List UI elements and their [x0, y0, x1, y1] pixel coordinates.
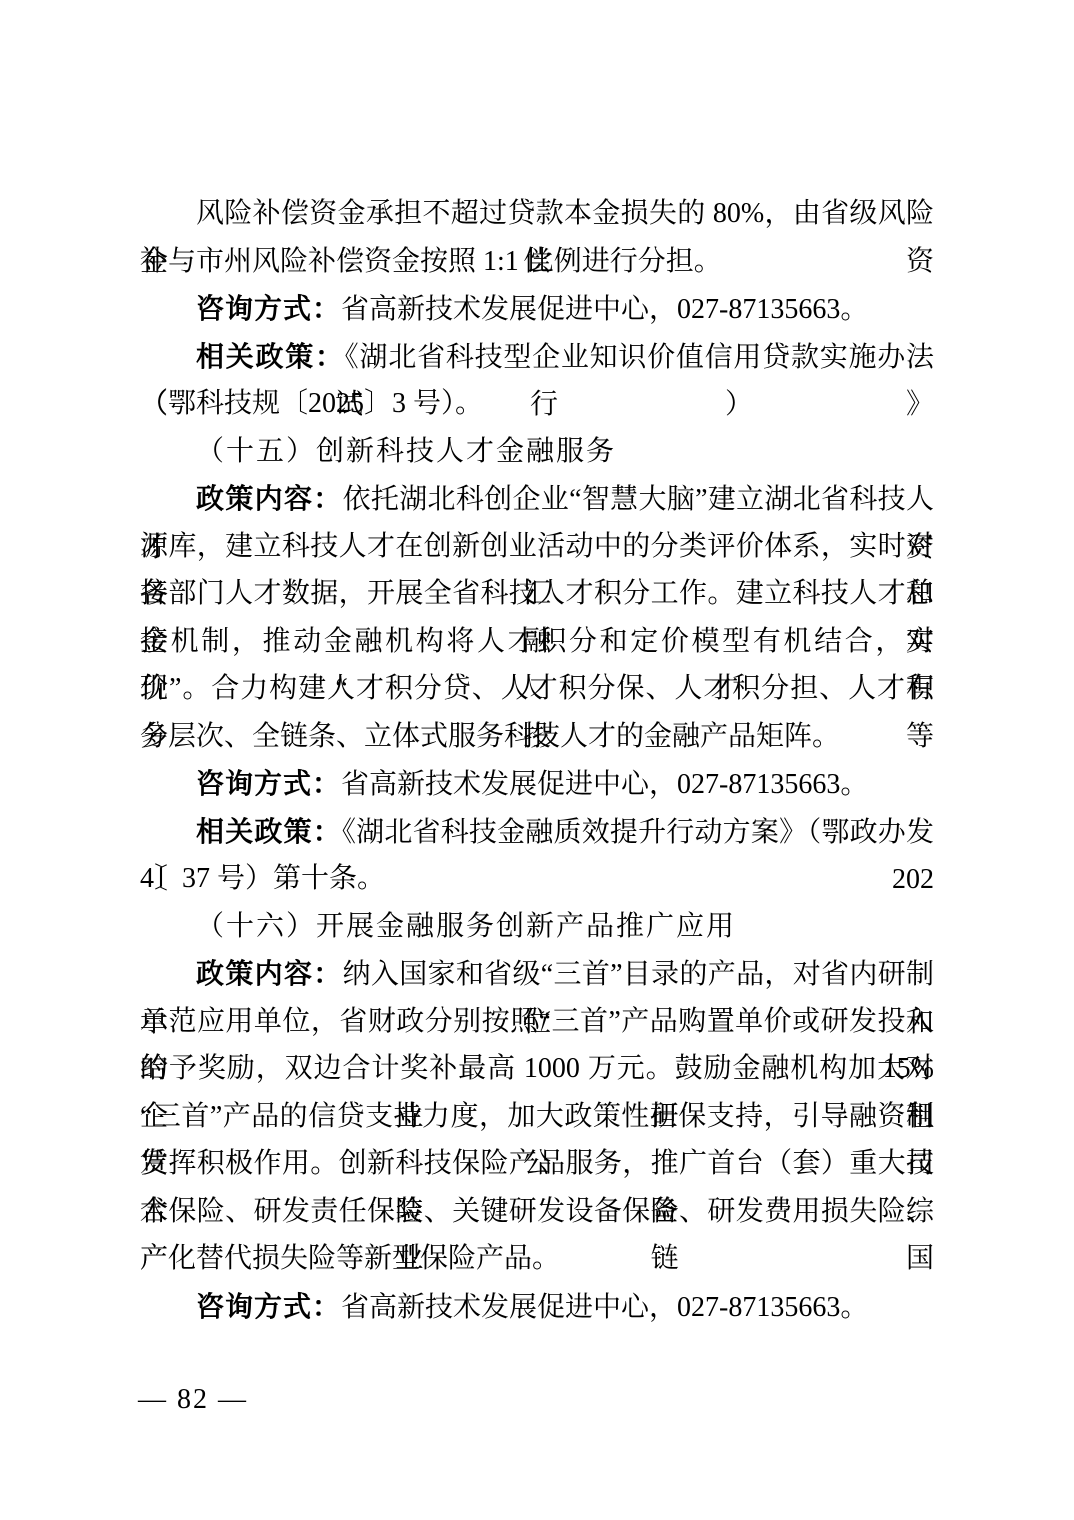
text-line: 风险补偿资金承担不超过贷款本金损失的 80%，由省级风险补偿资	[140, 190, 934, 238]
policy-content-15: 政策内容：依托湖北科创企业“智慧大脑”建立湖北省科技人才资源库，建立科技人才在创…	[140, 475, 934, 760]
line-text: （十五）创新科技人才金融服务	[196, 436, 616, 467]
field-label: 咨询方式：	[196, 768, 341, 799]
footer-page-number: — 82 —	[138, 1384, 248, 1415]
field-label: 相关政策：	[196, 341, 345, 372]
text-line: “三首”产品的信贷支持力度，加大政策性担保支持，引导融资租赁公司	[140, 1093, 934, 1141]
text-line: 接机制，推动金融机构将人才积分和定价模型有机结合，实现“人才有	[140, 618, 934, 666]
text-line: 相关政策：《湖北省科技型企业知识价值信用贷款实施办法（试行）》	[140, 333, 934, 381]
field-label: 政策内容：	[196, 958, 343, 989]
text-line: 咨询方式：省高新技术发展促进中心，027-87135663。	[140, 1283, 934, 1331]
contact-method-1: 咨询方式：省高新技术发展促进中心，027-87135663。	[140, 285, 934, 333]
text-line: 发挥积极作用。创新科技保险产品服务，推广首台（套）重大技术装备综	[140, 1140, 934, 1188]
line-text: 产化替代损失险等新型保险产品。	[140, 1243, 560, 1274]
line-text: 多层次、全链条、立体式服务科技人才的金融产品矩阵。	[140, 721, 840, 752]
page-footer: — 82 —	[138, 1383, 248, 1417]
text-line: 相关政策：《湖北省科技金融质效提升行动方案》（鄂政办发〔202	[140, 808, 934, 856]
text-line: 多层次、全链条、立体式服务科技人才的金融产品矩阵。	[140, 713, 934, 761]
text-line: （十六）开展金融服务创新产品推广应用	[140, 903, 934, 951]
related-policy-1: 相关政策：《湖北省科技型企业知识价值信用贷款实施办法（试行）》（鄂科技规〔202…	[140, 333, 934, 428]
text-line: 各部门人才数据，开展全省科技人才积分工作。建立科技人才和金融对	[140, 570, 934, 618]
text-line: 源库，建立科技人才在创新创业活动中的分类评价体系，实时对接汇总	[140, 523, 934, 571]
text-line: 给予奖励，双边合计奖补最高 1000 万元。鼓励金融机构加大对企业研制	[140, 1045, 934, 1093]
section-16-heading: （十六）开展金融服务创新产品推广应用	[140, 903, 934, 951]
field-label: 咨询方式：	[196, 1291, 341, 1322]
contact-method-3: 咨询方式：省高新技术发展促进中心，027-87135663。	[140, 1283, 934, 1331]
text-line: 咨询方式：省高新技术发展促进中心，027-87135663。	[140, 285, 934, 333]
line-text: 4〕37 号）第十条。	[140, 863, 385, 894]
field-label: 政策内容：	[196, 483, 343, 514]
line-text: 省高新技术发展促进中心，027-87135663。	[341, 294, 868, 325]
text-line: 示范应用单位，省财政分别按照“三首”产品购置单价或研发投入的 15%	[140, 998, 934, 1046]
line-text: （鄂科技规〔2025〕3 号）。	[140, 388, 483, 419]
line-text: 省高新技术发展促进中心，027-87135663。	[341, 1292, 868, 1323]
field-label: 咨询方式：	[196, 293, 341, 324]
text-line: 合保险、研发责任保险、关键研发设备保险、研发费用损失险、产业链国	[140, 1188, 934, 1236]
field-label: 相关政策：	[196, 816, 342, 847]
related-policy-2: 相关政策：《湖北省科技金融质效提升行动方案》（鄂政办发〔2024〕37 号）第十…	[140, 808, 934, 903]
section-15-heading: （十五）创新科技人才金融服务	[140, 428, 934, 476]
risk-compensation-sharing: 风险补偿资金承担不超过贷款本金损失的 80%，由省级风险补偿资金与市州风险补偿资…	[140, 190, 934, 285]
document-content: 风险补偿资金承担不超过贷款本金损失的 80%，由省级风险补偿资金与市州风险补偿资…	[140, 190, 934, 1330]
contact-method-2: 咨询方式：省高新技术发展促进中心，027-87135663。	[140, 760, 934, 808]
text-line: 政策内容：纳入国家和省级“三首”目录的产品，对省内研制单位和	[140, 950, 934, 998]
text-line: 政策内容：依托湖北科创企业“智慧大脑”建立湖北省科技人才资	[140, 475, 934, 523]
policy-content-16: 政策内容：纳入国家和省级“三首”目录的产品，对省内研制单位和示范应用单位，省财政…	[140, 950, 934, 1283]
line-text: 金与市州风险补偿资金按照 1:1 比例进行分担。	[140, 246, 722, 277]
text-line: 价”。合力构建人才积分贷、人才积分保、人才积分担、人才积分投等	[140, 665, 934, 713]
line-text: （十六）开展金融服务创新产品推广应用	[196, 911, 736, 942]
text-line: （十五）创新科技人才金融服务	[140, 428, 934, 476]
text-line: 咨询方式：省高新技术发展促进中心，027-87135663。	[140, 760, 934, 808]
line-text: 省高新技术发展促进中心，027-87135663。	[341, 769, 868, 800]
